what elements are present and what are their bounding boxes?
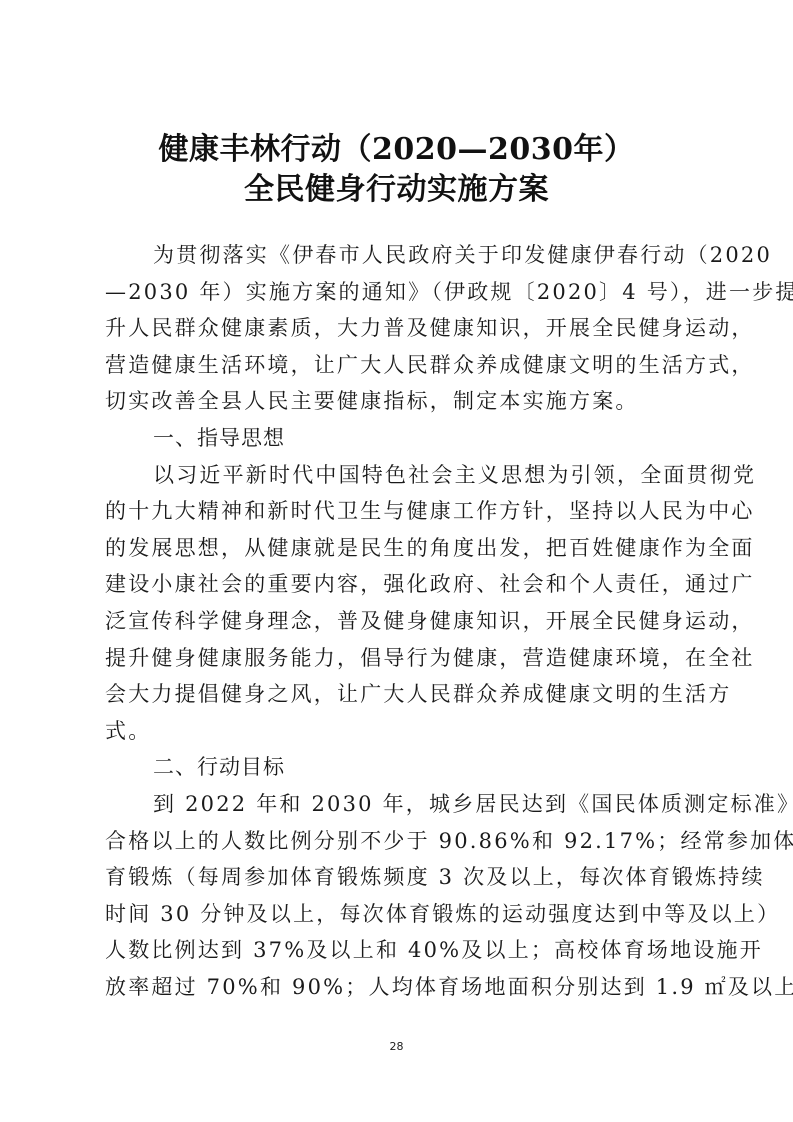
intro-line: 切实改善全县人民主要健康指标，制定本实施方案。	[105, 383, 693, 420]
paragraph-line: 会大力提倡健身之风，让广大人民群众养成健康文明的生活方	[105, 676, 693, 713]
paragraph-line: 式。	[105, 713, 693, 750]
intro-line: 营造健康生活环境，让广大人民群众养成健康文明的生活方式，	[105, 347, 693, 384]
document-page: 健康丰林行动（2020—2030年） 全民健身行动实施方案 为贯彻落实《伊春市人…	[0, 0, 793, 1122]
action-goals-paragraph: 到 2022 年和 2030 年，城乡居民达到《国民体质测定标准》 合格以上的人…	[105, 786, 693, 1006]
document-title-line1: 健康丰林行动（2020—2030年）	[0, 130, 793, 170]
paragraph-line: 建设小康社会的重要内容，强化政府、社会和个人责任，通过广	[105, 566, 693, 603]
document-title-line2: 全民健身行动实施方案	[0, 170, 793, 210]
intro-paragraph: 为贯彻落实《伊春市人民政府关于印发健康伊春行动（2020 —2030 年）实施方…	[105, 237, 693, 420]
guiding-ideology-paragraph: 以习近平新时代中国特色社会主义思想为引领，全面贯彻党 的十九大精神和新时代卫生与…	[105, 457, 693, 750]
paragraph-line: 到 2022 年和 2030 年，城乡居民达到《国民体质测定标准》	[105, 786, 693, 823]
paragraph-line: 的发展思想，从健康就是民生的角度出发，把百姓健康作为全面	[105, 530, 693, 567]
intro-line: —2030 年）实施方案的通知》（伊政规〔2020〕4 号），进一步提	[105, 274, 693, 311]
intro-line: 为贯彻落实《伊春市人民政府关于印发健康伊春行动（2020	[105, 237, 693, 274]
paragraph-line: 的十九大精神和新时代卫生与健康工作方针，坚持以人民为中心	[105, 493, 693, 530]
paragraph-line: 提升健身健康服务能力，倡导行为健康，营造健康环境，在全社	[105, 640, 693, 677]
paragraph-line: 放率超过 70%和 90%；人均体育场地面积分别达到 1.9 ㎡及以上	[105, 969, 693, 1006]
paragraph-line: 合格以上的人数比例分别不少于 90.86%和 92.17%；经常参加体	[105, 823, 693, 860]
paragraph-line: 育锻炼（每周参加体育锻炼频度 3 次及以上，每次体育锻炼持续	[105, 859, 693, 896]
paragraph-line: 泛宣传科学健身理念，普及健身健康知识，开展全民健身运动，	[105, 603, 693, 640]
section-heading-action-goals: 二、行动目标	[105, 749, 693, 786]
paragraph-line: 以习近平新时代中国特色社会主义思想为引领，全面贯彻党	[105, 457, 693, 494]
intro-line: 升人民群众健康素质，大力普及健康知识，开展全民健身运动，	[105, 310, 693, 347]
section-heading-guiding-ideology: 一、指导思想	[105, 420, 693, 457]
paragraph-line: 人数比例达到 37%及以上和 40%及以上；高校体育场地设施开	[105, 932, 693, 969]
page-number: 28	[0, 1040, 793, 1053]
paragraph-line: 时间 30 分钟及以上，每次体育锻炼的运动强度达到中等及以上）	[105, 896, 693, 933]
document-body: 为贯彻落实《伊春市人民政府关于印发健康伊春行动（2020 —2030 年）实施方…	[105, 237, 693, 1005]
